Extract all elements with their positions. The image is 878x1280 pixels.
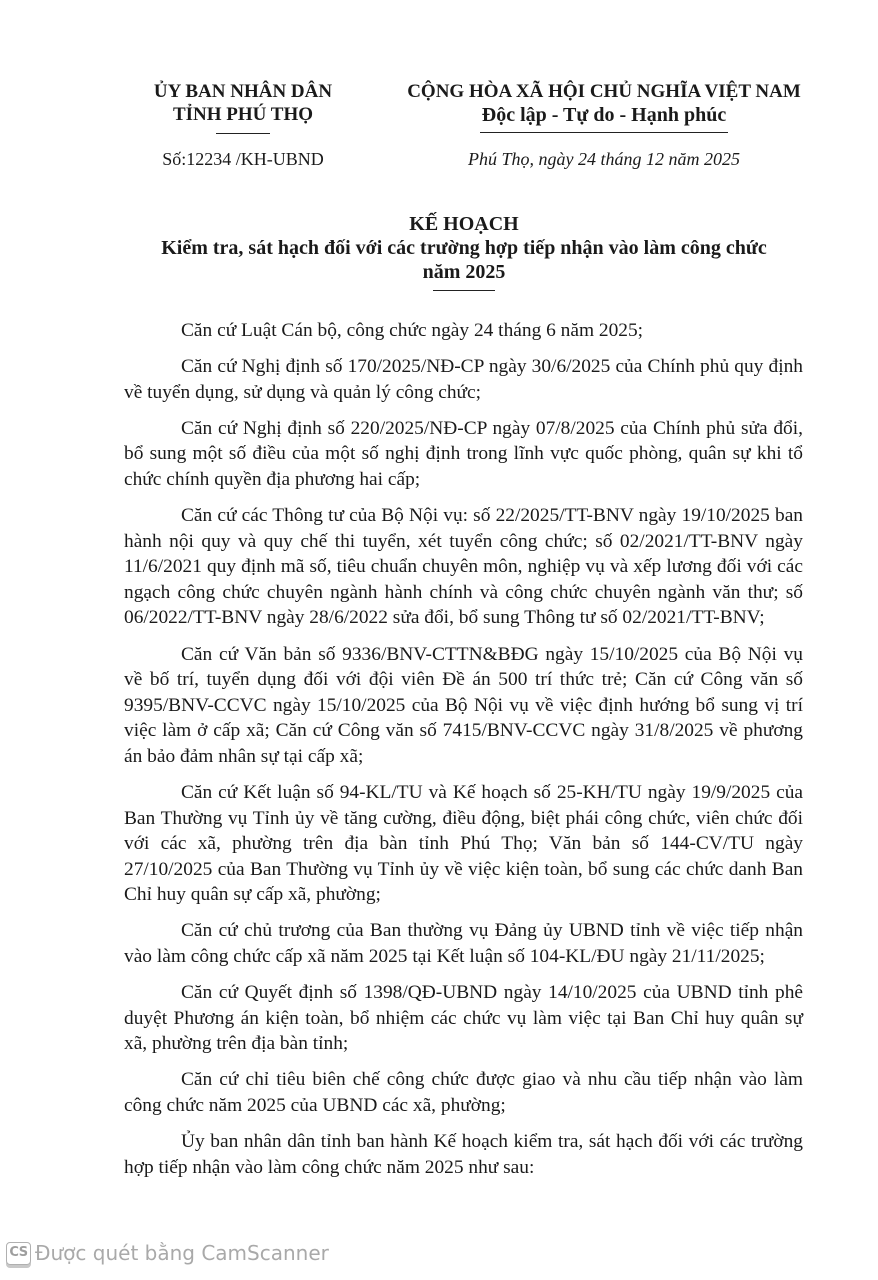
document-subject-line2: năm 2025: [124, 260, 804, 284]
camscanner-logo-icon: CS: [6, 1242, 31, 1265]
national-heading-block: CỘNG HÒA XÃ HỘI CHỦ NGHĨA VIỆT NAM Độc l…: [392, 80, 816, 133]
subject-line1-text: Kiểm tra, sát hạch đối với các trường hợ…: [161, 237, 767, 259]
watermark-text: Được quét bằng CamScanner: [35, 1240, 329, 1266]
legal-basis-paragraph: Căn cứ chỉ tiêu biên chế công chức được …: [124, 1067, 803, 1118]
country-name: CỘNG HÒA XÃ HỘI CHỦ NGHĨA VIỆT NAM: [392, 80, 816, 103]
legal-basis-paragraph: Căn cứ chủ trương của Ban thường vụ Đảng…: [124, 918, 803, 969]
title-underline-divider: [433, 290, 495, 291]
place-and-date: Phú Thọ, ngày 24 tháng 12 năm 2025: [392, 148, 816, 170]
legal-basis-paragraph: Căn cứ Luật Cán bộ, công chức ngày 24 th…: [124, 318, 803, 344]
document-page: ỦY BAN NHÂN DÂN TỈNH PHÚ THỌ CỘNG HÒA XÃ…: [0, 0, 878, 1280]
legal-basis-paragraph: Căn cứ Nghị định số 220/2025/NĐ-CP ngày …: [124, 416, 803, 493]
document-body: Căn cứ Luật Cán bộ, công chức ngày 24 th…: [124, 318, 803, 1191]
issuing-agency-block: ỦY BAN NHÂN DÂN TỈNH PHÚ THỌ: [138, 80, 348, 134]
legal-basis-paragraph: Căn cứ Kết luận số 94-KL/TU và Kế hoạch …: [124, 780, 803, 908]
camscanner-watermark: CS Được quét bằng CamScanner: [6, 1240, 329, 1266]
national-motto: Độc lập - Tự do - Hạnh phúc: [392, 103, 816, 127]
agency-name-line2: TỈNH PHÚ THỌ: [138, 103, 348, 126]
document-title-block: KẾ HOẠCH Kiểm tra, sát hạch đối với các …: [124, 212, 804, 291]
agency-underline-divider: [216, 133, 270, 134]
legal-basis-paragraph: Căn cứ các Thông tư của Bộ Nội vụ: số 22…: [124, 503, 803, 631]
legal-basis-paragraph: Căn cứ Quyết định số 1398/QĐ-UBND ngày 1…: [124, 980, 803, 1057]
motto-underline-divider: [480, 132, 728, 133]
legal-basis-paragraph: Căn cứ Nghị định số 170/2025/NĐ-CP ngày …: [124, 354, 803, 405]
enacting-paragraph: Ủy ban nhân dân tỉnh ban hành Kế hoạch k…: [124, 1129, 803, 1180]
document-number: Số:12234 /KH-UBND: [130, 148, 356, 170]
legal-basis-paragraph: Căn cứ Văn bản số 9336/BNV-CTTN&BĐG ngày…: [124, 642, 803, 770]
agency-name-line1: ỦY BAN NHÂN DÂN: [138, 80, 348, 103]
document-type: KẾ HOẠCH: [124, 212, 804, 236]
document-subject-line1: Kiểm tra, sát hạch đối với các trường hợ…: [124, 236, 804, 260]
